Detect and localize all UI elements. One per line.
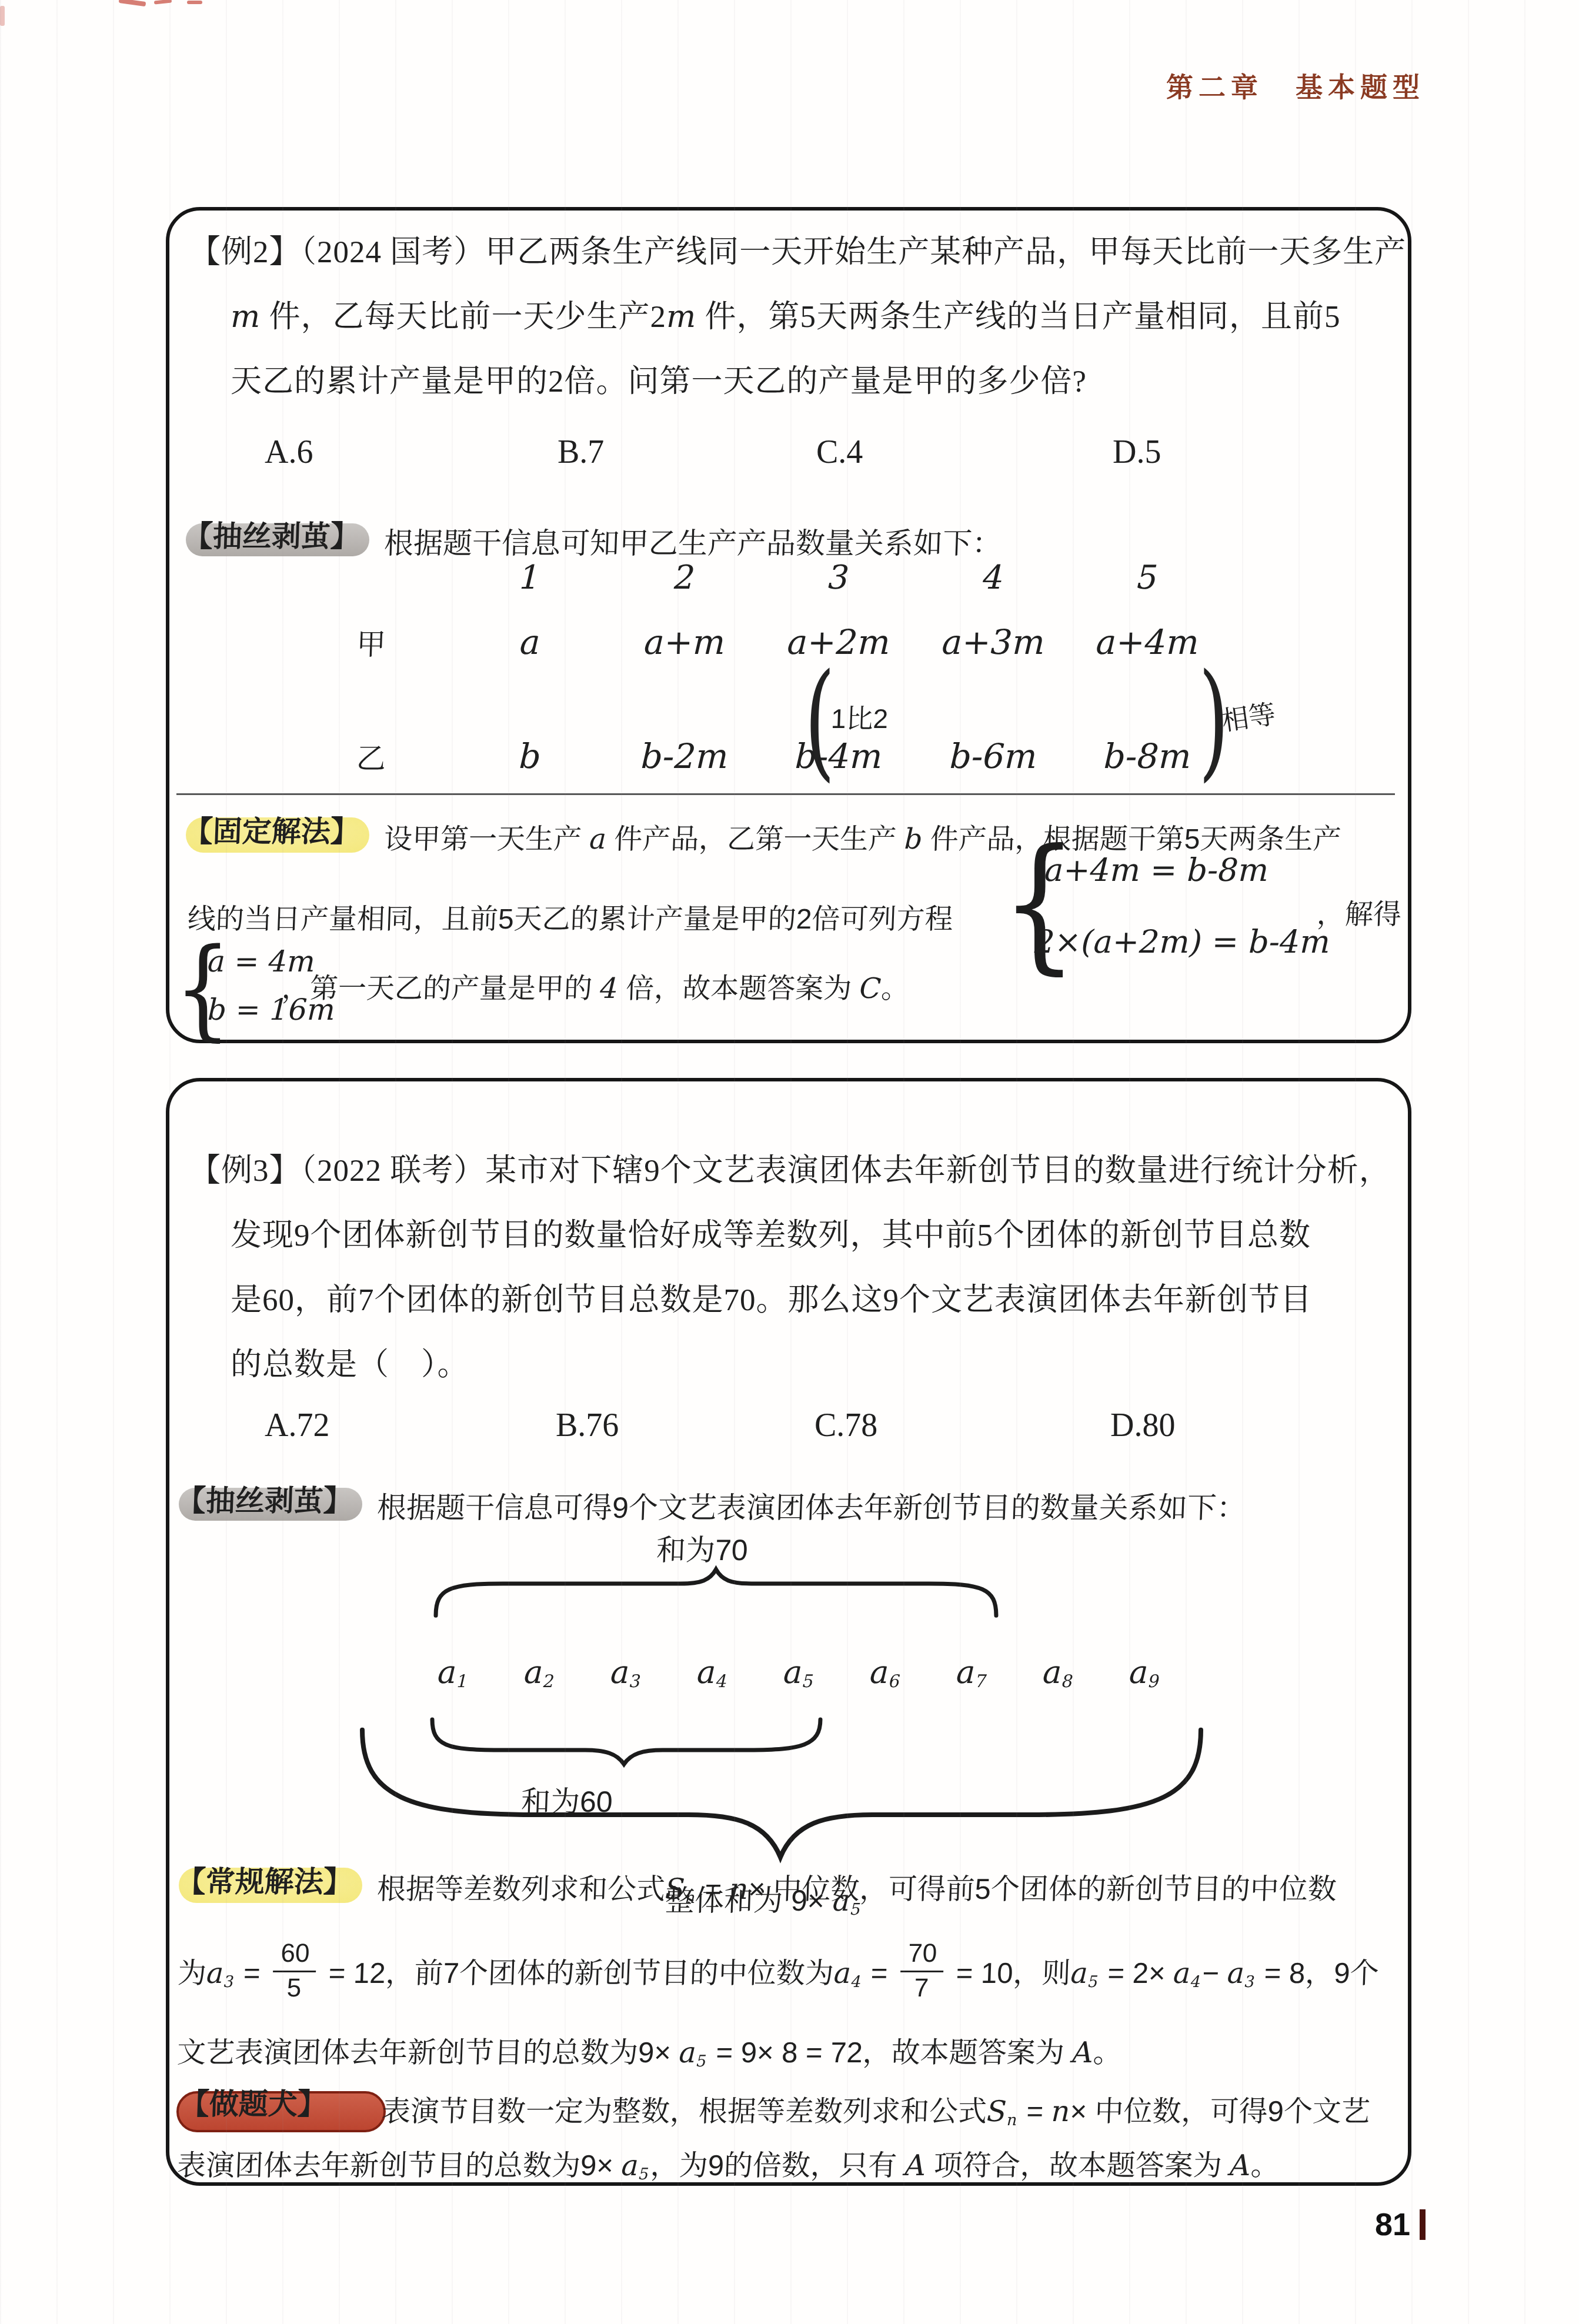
row-jia-label: 甲 <box>344 621 399 663</box>
day-header: 3 <box>814 559 863 597</box>
ex2-solution-line2: 线的当日产量相同，且前5天乙的累计产量是甲的2倍可列方程 <box>187 896 954 937</box>
ex3-key-label: 【做题犬】 <box>179 2081 328 2123</box>
yi-cell: b-2m <box>631 736 738 776</box>
term-a8: a8 <box>1023 1654 1094 1692</box>
ex2-problem-line3: 天乙的累计产量是甲的2倍。问第一天乙的产量是甲的多少倍? <box>231 356 1087 401</box>
jia-cell: a+4m <box>1094 622 1201 662</box>
scan-mark <box>0 6 5 26</box>
ex3-option-c: C.78 <box>814 1407 877 1444</box>
ex3-regular-line3: 文艺表演团体去年新创节目的总数为9× a5 = 9× 8 = 72，故本题答案为… <box>176 2030 1123 2071</box>
ex3-regular-line2: 为a3 = 605 = 12，前7个团体的新创节目的中位数为a4 = 707 =… <box>176 1944 1380 2008</box>
ex3-problem-line2: 发现9个团体新创节目的数量恰好成等差数列，其中前5个团体的新创节目总数 <box>231 1210 1311 1255</box>
term-a6: a6 <box>850 1654 922 1692</box>
sum70-label: 和为70 <box>656 1527 749 1569</box>
chapter-header: 第二章 基本题型 <box>1166 66 1425 105</box>
equation-2: 2×(a+2m) = b-4m <box>1034 923 1331 960</box>
ex3-problem-line3: 是60，前7个团体的新创节目总数是70。那么这9个文艺表演团体去年新创节目 <box>231 1275 1312 1320</box>
yi-cell: b-8m <box>1094 736 1201 776</box>
page-number-text: 81 <box>1375 2207 1410 2242</box>
ex3-option-d: D.80 <box>1110 1407 1175 1444</box>
underbrace-a1-a9 <box>359 1726 1204 1862</box>
yi-cell: b-4m <box>785 736 892 776</box>
equation-1: a+4m = b-8m <box>1044 852 1269 889</box>
day-header: 1 <box>506 559 554 597</box>
overbrace-a1-a7 <box>432 1565 1000 1620</box>
ex2-solution-line1: 设甲第一天生产 a 件产品，乙第一天生产 b 件产品，根据题干第5天两条生产 <box>383 816 1342 857</box>
ex2-option-a: A.6 <box>265 433 313 471</box>
section-divider <box>176 793 1395 795</box>
term-a5: a5 <box>763 1654 835 1692</box>
ex2-problem-line1: 【例2】（2024 国考）甲乙两条生产线同一天开始生产某种产品，甲每天比前一天多… <box>189 227 1406 272</box>
book-page: 第二章 基本题型 【例2】（2024 国考）甲乙两条生产线同一天开始生产某种产品… <box>0 0 1579 2324</box>
ex3-option-a: A.72 <box>265 1407 329 1444</box>
term-a2: a2 <box>504 1654 576 1692</box>
day-header: 2 <box>660 559 709 597</box>
ex3-problem-line4: 的总数是（ ）。 <box>231 1340 469 1384</box>
row-yi-label: 乙 <box>344 735 399 777</box>
solve-text: ，解得 <box>1316 891 1402 932</box>
ex3-regular-tag: 【常规解法】 <box>176 1858 353 1902</box>
ex3-analysis-tag: 【抽丝剥茧】 <box>176 1477 353 1521</box>
term-a4: a4 <box>677 1654 749 1692</box>
jia-cell: a <box>476 622 583 662</box>
jia-cell: a+2m <box>785 622 892 662</box>
yi-cell: b-6m <box>940 736 1047 776</box>
scan-mark <box>154 0 172 5</box>
ex3-problem-line1: 【例3】（2022 联考）某市对下辖9个文艺表演团体去年新创节目的数量进行统计分… <box>189 1146 1391 1190</box>
ex2-analysis-text: 根据题干信息可知甲乙生产产品数量关系如下： <box>383 520 1003 562</box>
page-number: 81 <box>1375 2206 1426 2243</box>
ex3-regular-label: 【常规解法】 <box>176 1858 354 1901</box>
ex3-option-b: B.76 <box>556 1407 619 1444</box>
jia-cell: a+m <box>631 622 738 662</box>
ex3-key-line2: 表演团体去年新创节目的总数为9× a5，为9的倍数，只有 A 项符合，故本题答案… <box>176 2143 1280 2184</box>
ratio-annotation: 1比2 <box>830 697 889 736</box>
term-a1: a1 <box>418 1654 489 1692</box>
scan-mark <box>187 1 202 4</box>
ex2-solution-tag: 【固定解法】 <box>183 808 360 852</box>
ex2-problem-line2: m 件，乙每天比前一天少生产2m 件，第5天两条生产线的当日产量相同，且前5 <box>231 292 1341 336</box>
ex3-analysis-label: 【抽丝剥茧】 <box>176 1477 354 1520</box>
ex3-key-tag: 【做题犬】 <box>180 2081 327 2124</box>
day-header: 5 <box>1123 559 1171 597</box>
term-a3: a3 <box>590 1654 662 1692</box>
term-a7: a7 <box>936 1654 1008 1692</box>
ex2-solution-label: 【固定解法】 <box>183 808 361 850</box>
ex2-option-d: D.5 <box>1113 433 1161 471</box>
ex2-conclusion: ，第一天乙的产量是甲的 4 倍，故本题答案为 C。 <box>281 966 910 1006</box>
page-number-bar <box>1420 2209 1426 2240</box>
yi-cell: b <box>476 736 583 776</box>
ex2-analysis-tag: 【抽丝剥茧】 <box>183 513 360 556</box>
equal-annotation: 相等 <box>1219 693 1278 739</box>
term-a9: a9 <box>1109 1654 1181 1692</box>
ex3-regular-line1: 根据等差数列求和公式Sn = n× 中位数，可得前5个团体的新创节目的中位数 <box>376 1866 1337 1908</box>
ex3-key-line1: 表演节目数一定为整数，根据等差数列求和公式Sn = n× 中位数，可得9个文艺 <box>381 2089 1371 2130</box>
jia-cell: a+3m <box>940 622 1047 662</box>
ex2-option-b: B.7 <box>558 433 604 471</box>
ex3-analysis-text: 根据题干信息可得9个文艺表演团体去年新创节目的数量关系如下： <box>376 1484 1247 1527</box>
day-header: 4 <box>969 559 1017 597</box>
ex2-analysis-label: 【抽丝剥茧】 <box>183 513 361 555</box>
scan-mark <box>119 0 146 6</box>
ex2-option-c: C.4 <box>816 433 863 471</box>
